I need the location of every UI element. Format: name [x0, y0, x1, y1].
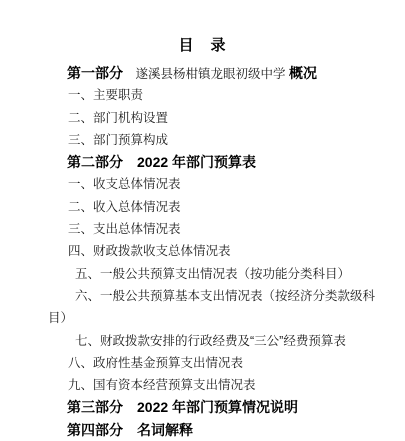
- toc-text-segment: 目）: [48, 311, 73, 325]
- toc-list: 第一部分 遂溪县杨柑镇龙眼初级中学 概况一、主要职责二、部门机构设置三、部门预算…: [48, 62, 405, 441]
- toc-text-segment: 概况: [289, 65, 317, 81]
- toc-text-segment: 七、财政拨款安排的行政经费及“三公”经费预算表: [75, 334, 346, 348]
- toc-text-segment: 八、政府性基金预算支出情况表: [68, 356, 243, 370]
- toc-page: 目 录 第一部分 遂溪县杨柑镇龙眼初级中学 概况一、主要职责二、部门机构设置三、…: [0, 0, 405, 441]
- toc-text-segment: 一、主要职责: [68, 88, 143, 102]
- toc-text-segment: 第三部分 2022 年部门预算情况说明: [67, 399, 298, 415]
- toc-text-segment: 三、支出总体情况表: [68, 222, 181, 236]
- toc-line: 二、收入总体情况表: [68, 196, 405, 218]
- toc-text-segment: 二、部门机构设置: [68, 111, 168, 125]
- toc-line: 目）: [48, 307, 405, 329]
- toc-line: 第三部分 2022 年部门预算情况说明: [67, 396, 405, 418]
- toc-text-segment: 第一部分: [67, 65, 123, 81]
- toc-line: 一、主要职责: [68, 84, 405, 106]
- toc-text-segment: 六、一般公共预算基本支出情况表（按经济分类款级科: [75, 289, 375, 303]
- toc-line: 一、收支总体情况表: [68, 173, 405, 195]
- toc-line: 九、国有资本经营预算支出情况表: [68, 374, 405, 396]
- toc-text-segment: 三、部门预算构成: [68, 133, 168, 147]
- toc-line: 第二部分 2022 年部门预算表: [67, 151, 405, 173]
- toc-text-segment: 五、一般公共预算支出情况表（按功能分类科目）: [75, 267, 350, 281]
- toc-line: 六、一般公共预算基本支出情况表（按经济分类款级科: [75, 285, 405, 307]
- toc-line: 四、财政拨款收支总体情况表: [68, 240, 405, 262]
- toc-line: 第一部分 遂溪县杨柑镇龙眼初级中学 概况: [67, 62, 405, 84]
- toc-text-segment: 第四部分 名词解释: [67, 422, 193, 438]
- toc-line: 三、部门预算构成: [68, 129, 405, 151]
- toc-line: 八、政府性基金预算支出情况表: [68, 352, 405, 374]
- toc-text-segment: 一、收支总体情况表: [68, 177, 181, 191]
- toc-text-segment: 遂溪县杨柑镇龙眼初级中学: [123, 67, 289, 81]
- toc-line: 第四部分 名词解释: [67, 419, 405, 441]
- toc-text-segment: 九、国有资本经营预算支出情况表: [68, 378, 256, 392]
- toc-line: 二、部门机构设置: [68, 107, 405, 129]
- toc-text-segment: 四、财政拨款收支总体情况表: [68, 244, 231, 258]
- toc-line: 三、支出总体情况表: [68, 218, 405, 240]
- page-title: 目 录: [0, 34, 405, 58]
- toc-text-segment: 二、收入总体情况表: [68, 200, 181, 214]
- toc-line: 五、一般公共预算支出情况表（按功能分类科目）: [75, 263, 405, 285]
- toc-text-segment: 第二部分 2022 年部门预算表: [67, 154, 256, 170]
- toc-line: 七、财政拨款安排的行政经费及“三公”经费预算表: [75, 330, 405, 352]
